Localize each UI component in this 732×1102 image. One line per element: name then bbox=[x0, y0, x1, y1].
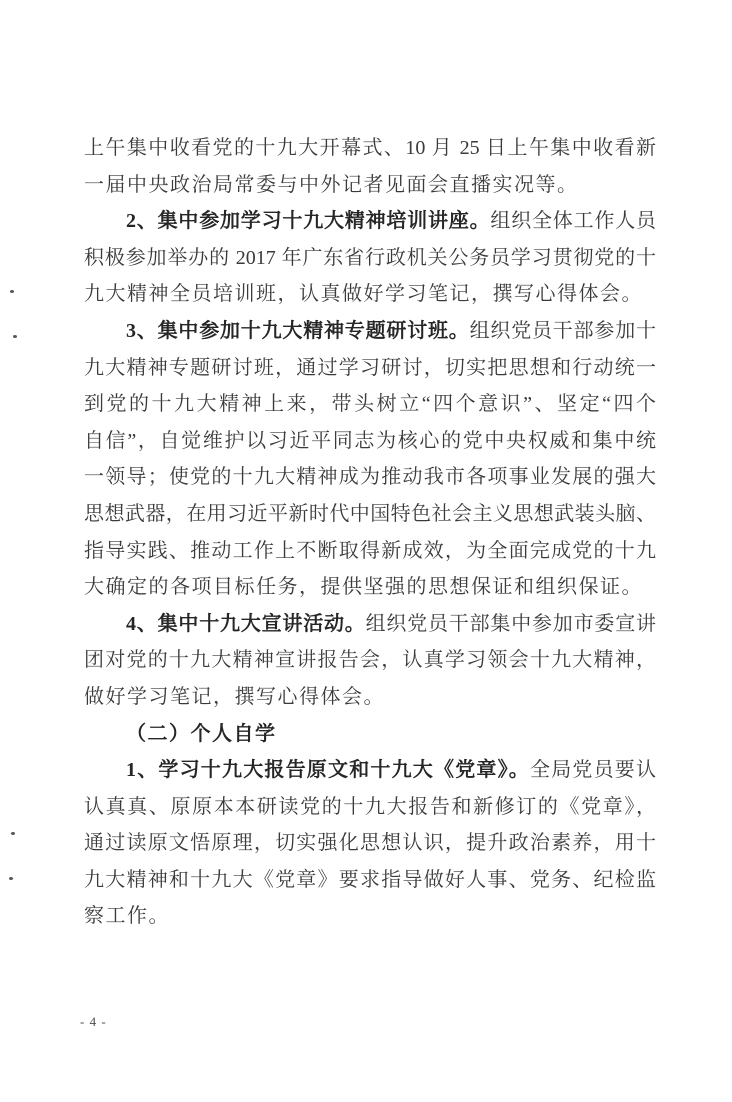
text-line: 一届中央政治局常委与中外记者见面会直播实况等。 bbox=[84, 167, 656, 204]
body-segment: 上午集中收看党的十九大开幕式、10 月 25 日上午集中收看新 bbox=[84, 137, 656, 159]
body-segment: 组织党员干部参加十 bbox=[470, 320, 656, 342]
body-segment: 组织全体工作人员 bbox=[490, 210, 656, 232]
body-segment: 组织党员干部集中参加市委宣讲 bbox=[366, 613, 656, 635]
text-line: 察工作。 bbox=[84, 898, 656, 935]
body-segment: 察工作。 bbox=[84, 905, 170, 927]
scanned-document-page: 上午集中收看党的十九大开幕式、10 月 25 日上午集中收看新一届中央政治局常委… bbox=[0, 0, 732, 1102]
body-segment: 认真真、原原本本研读党的十九大报告和新修订的《党章》， bbox=[84, 796, 656, 818]
text-line: 2、集中参加学习十九大精神培训讲座。组织全体工作人员 bbox=[84, 203, 656, 240]
body-segment: 大确定的各项目标任务，提供坚强的思想保证和组织保证。 bbox=[84, 576, 643, 598]
heading-segment: 3、集中参加十九大精神专题研讨班。 bbox=[126, 320, 470, 342]
body-segment: 思想武器，在用习近平新时代中国特色社会主义思想武装头脑、 bbox=[84, 503, 656, 525]
text-line: 3、集中参加十九大精神专题研讨班。组织党员干部参加十 bbox=[84, 313, 656, 350]
text-line: 思想武器，在用习近平新时代中国特色社会主义思想武装头脑、 bbox=[84, 496, 656, 533]
heading-segment: 2、集中参加学习十九大精神培训讲座。 bbox=[126, 210, 490, 232]
text-line: 九大精神和十九大《党章》要求指导做好人事、党务、纪检监 bbox=[84, 862, 656, 899]
body-segment: 一领导；使党的十九大精神成为推动我市各项事业发展的强大 bbox=[84, 466, 656, 488]
body-segment: 全局党员要认 bbox=[530, 759, 656, 781]
scan-speck bbox=[13, 335, 17, 338]
scan-speck bbox=[11, 832, 15, 835]
text-line: 九大精神全员培训班，认真做好学习笔记，撰写心得体会。 bbox=[84, 276, 656, 313]
body-segment: 九大精神和十九大《党章》要求指导做好人事、党务、纪检监 bbox=[84, 869, 656, 891]
heading-segment: 1、学习十九大报告原文和十九大《党章》。 bbox=[126, 759, 530, 781]
page-number: - 4 - bbox=[80, 1014, 107, 1030]
body-segment: 指导实践、推动工作上不断取得新成效，为全面完成党的十九 bbox=[84, 540, 656, 562]
body-segment: 团对党的十九大精神宣讲报告会，认真学习领会十九大精神， bbox=[84, 649, 656, 671]
text-line: 4、集中十九大宣讲活动。组织党员干部集中参加市委宣讲 bbox=[84, 606, 656, 643]
text-line: 一领导；使党的十九大精神成为推动我市各项事业发展的强大 bbox=[84, 459, 656, 496]
body-segment: 自信”，自觉维护以习近平同志为核心的党中央权威和集中统 bbox=[84, 430, 656, 452]
body-segment: 九大精神全员培训班，认真做好学习笔记，撰写心得体会。 bbox=[84, 283, 643, 305]
text-line: 大确定的各项目标任务，提供坚强的思想保证和组织保证。 bbox=[84, 569, 656, 606]
text-line: 做好学习笔记，撰写心得体会。 bbox=[84, 679, 656, 716]
text-line: 通过读原文悟原理，切实强化思想认识，提升政治素养，用十 bbox=[84, 825, 656, 862]
text-line: 上午集中收看党的十九大开幕式、10 月 25 日上午集中收看新 bbox=[84, 130, 656, 167]
body-segment: 通过读原文悟原理，切实强化思想认识，提升政治素养，用十 bbox=[84, 832, 656, 854]
text-line: （二）个人自学 bbox=[84, 716, 656, 753]
text-line: 积极参加举办的 2017 年广东省行政机关公务员学习贯彻党的十 bbox=[84, 240, 656, 277]
heading-segment: 4、集中十九大宣讲活动。 bbox=[126, 613, 366, 635]
scan-speck bbox=[9, 877, 13, 880]
text-line: 九大精神专题研讨班，通过学习研讨，切实把思想和行动统一 bbox=[84, 350, 656, 387]
text-line: 指导实践、推动工作上不断取得新成效，为全面完成党的十九 bbox=[84, 533, 656, 570]
document-text-block: 上午集中收看党的十九大开幕式、10 月 25 日上午集中收看新一届中央政治局常委… bbox=[84, 130, 656, 935]
scan-speck bbox=[10, 290, 14, 293]
body-segment: 积极参加举办的 2017 年广东省行政机关公务员学习贯彻党的十 bbox=[84, 247, 656, 269]
text-line: 团对党的十九大精神宣讲报告会，认真学习领会十九大精神， bbox=[84, 642, 656, 679]
body-segment: 一届中央政治局常委与中外记者见面会直播实况等。 bbox=[84, 174, 579, 196]
text-line: 到党的十九大精神上来，带头树立“四个意识”、坚定“四个 bbox=[84, 386, 656, 423]
text-line: 自信”，自觉维护以习近平同志为核心的党中央权威和集中统 bbox=[84, 423, 656, 460]
text-line: 1、学习十九大报告原文和十九大《党章》。全局党员要认 bbox=[84, 752, 656, 789]
heading-segment: （二）个人自学 bbox=[126, 723, 277, 745]
body-segment: 做好学习笔记，撰写心得体会。 bbox=[84, 686, 385, 708]
text-line: 认真真、原原本本研读党的十九大报告和新修订的《党章》， bbox=[84, 789, 656, 826]
body-segment: 九大精神专题研讨班，通过学习研讨，切实把思想和行动统一 bbox=[84, 357, 656, 379]
body-segment: 到党的十九大精神上来，带头树立“四个意识”、坚定“四个 bbox=[84, 393, 656, 415]
